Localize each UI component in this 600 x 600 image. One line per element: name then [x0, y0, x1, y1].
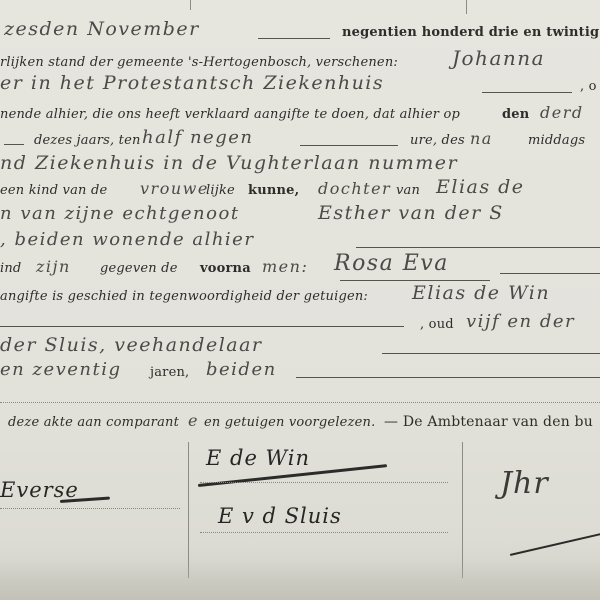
- witness-age-line: , oud vijf en der: [0, 312, 600, 336]
- signature-registrar: Jhr: [500, 466, 549, 501]
- fill-rule: [356, 247, 600, 248]
- handwritten-text: na: [470, 129, 493, 148]
- handwritten-name: Johanna: [452, 46, 545, 70]
- printed-text: dezes jaars, ten: [34, 133, 141, 148]
- printed-text: deze akte aan comparant: [8, 415, 179, 430]
- registrar-line: rlijken stand der gemeente 's-Hertogenbo…: [0, 50, 600, 74]
- handwritten-age: vijf en der: [466, 311, 575, 332]
- printed-text: een kind van de: [0, 183, 107, 198]
- top-margin-mark: [466, 0, 467, 14]
- handwritten-text: men:: [262, 257, 308, 276]
- handwritten-address: nd Ziekenhuis in de Vughterlaan nummer: [0, 152, 458, 174]
- printed-text: rlijken stand der gemeente 's-Hertogenbo…: [0, 55, 398, 70]
- date-line: zesden November negentien honderd drie e…: [0, 20, 600, 44]
- signature-line: [0, 508, 180, 509]
- handwritten-residence: , beiden wonende alhier: [0, 229, 254, 250]
- handwritten-date: zesden November: [4, 18, 200, 40]
- fill-rule: [300, 145, 398, 146]
- handwritten-text: er in het Protestantsch Ziekenhuis: [0, 72, 384, 94]
- printed-text: van: [396, 183, 420, 198]
- handwritten-mother: Esther van der S: [318, 202, 504, 224]
- witnesses-line: angifte is geschied in tegenwoordigheid …: [0, 284, 600, 308]
- second-witness-line: en zeventig jaren, beiden: [0, 360, 600, 384]
- handwritten-text: der Sluis, veehandelaar: [0, 334, 263, 356]
- time-line: dezes jaars, ten half negen ure, des na …: [0, 128, 600, 152]
- handwritten-witness: Elias de Win: [412, 282, 550, 304]
- handwritten-text: beiden: [206, 359, 277, 380]
- signature-line: [200, 482, 448, 483]
- printed-year: negentien honderd drie en twintig: [342, 25, 599, 40]
- printed-text: en getuigen voorgelezen.: [204, 415, 375, 430]
- printed-text: lijke: [206, 183, 235, 198]
- occupation-line: er in het Protestantsch Ziekenhuis , o: [0, 74, 600, 98]
- printed-bold: voorna: [200, 261, 251, 276]
- signature-divider: [188, 442, 189, 578]
- fill-rule: [0, 326, 404, 327]
- printed-text: ure, des: [410, 133, 465, 148]
- fill-rule: [482, 92, 572, 93]
- declaration-line: nende alhier, die ons heeft verklaard aa…: [0, 102, 600, 126]
- signature-witness-1: E de Win: [206, 446, 310, 470]
- signature-witness-2: E v d Sluis: [218, 504, 342, 528]
- handwritten-day: derd: [540, 103, 584, 122]
- printed-text: jaren,: [150, 365, 189, 380]
- signature-declarant: Everse: [0, 478, 79, 502]
- mother-line: n van zijne echtgenoot Esther van der S: [0, 204, 600, 228]
- handwritten-time: half negen: [142, 127, 253, 148]
- handwritten-text: n van zijne echtgenoot: [0, 203, 240, 224]
- fill-rule: [258, 38, 330, 39]
- printed-text: ind: [0, 261, 21, 276]
- printed-bold: kunne,: [248, 183, 299, 198]
- handwritten-text: vrouwe: [140, 179, 209, 198]
- printed-bold: den: [502, 107, 529, 122]
- child-sex-line: een kind van de vrouwe lijke kunne, doch…: [0, 178, 600, 202]
- handwritten-text: dochter: [318, 179, 391, 198]
- printed-text: nende alhier, die ons heeft verklaard aa…: [0, 107, 460, 122]
- printed-text: angifte is geschied in tegenwoordigheid …: [0, 289, 368, 304]
- reading-statement-line: deze akte aan comparant e en getuigen vo…: [0, 410, 600, 434]
- handwritten-child-name: Rosa Eva: [334, 251, 449, 276]
- page-fold-shadow: [0, 560, 600, 600]
- fill-rule: [296, 377, 600, 378]
- witness-occupation-line: der Sluis, veehandelaar: [0, 336, 600, 360]
- fill-rule: [4, 144, 24, 145]
- name-underline: [340, 280, 490, 281]
- signature-line: [200, 532, 448, 533]
- handwritten-text: e: [188, 411, 199, 430]
- place-line: nd Ziekenhuis in de Vughterlaan nummer: [0, 154, 600, 178]
- given-names-line: ind zijn gegeven de voorna men: Rosa Eva: [0, 256, 600, 280]
- handwritten-text: en zeventig: [0, 359, 122, 380]
- printed-text: gegeven de: [100, 261, 178, 276]
- top-margin-mark: [190, 0, 191, 10]
- fill-rule: [382, 353, 600, 354]
- printed-text: — De Ambtenaar van den bu: [384, 414, 593, 430]
- fill-rule: [500, 273, 600, 274]
- handwritten-text: zijn: [36, 257, 71, 276]
- printed-text: middags: [528, 133, 585, 148]
- printed-text: , oud: [420, 317, 454, 332]
- handwritten-father: Elias de: [436, 176, 525, 198]
- separator-dots: [0, 402, 600, 403]
- printed-text: , o: [580, 79, 597, 94]
- residence-line: , beiden wonende alhier: [0, 230, 600, 254]
- signature-divider: [462, 442, 463, 578]
